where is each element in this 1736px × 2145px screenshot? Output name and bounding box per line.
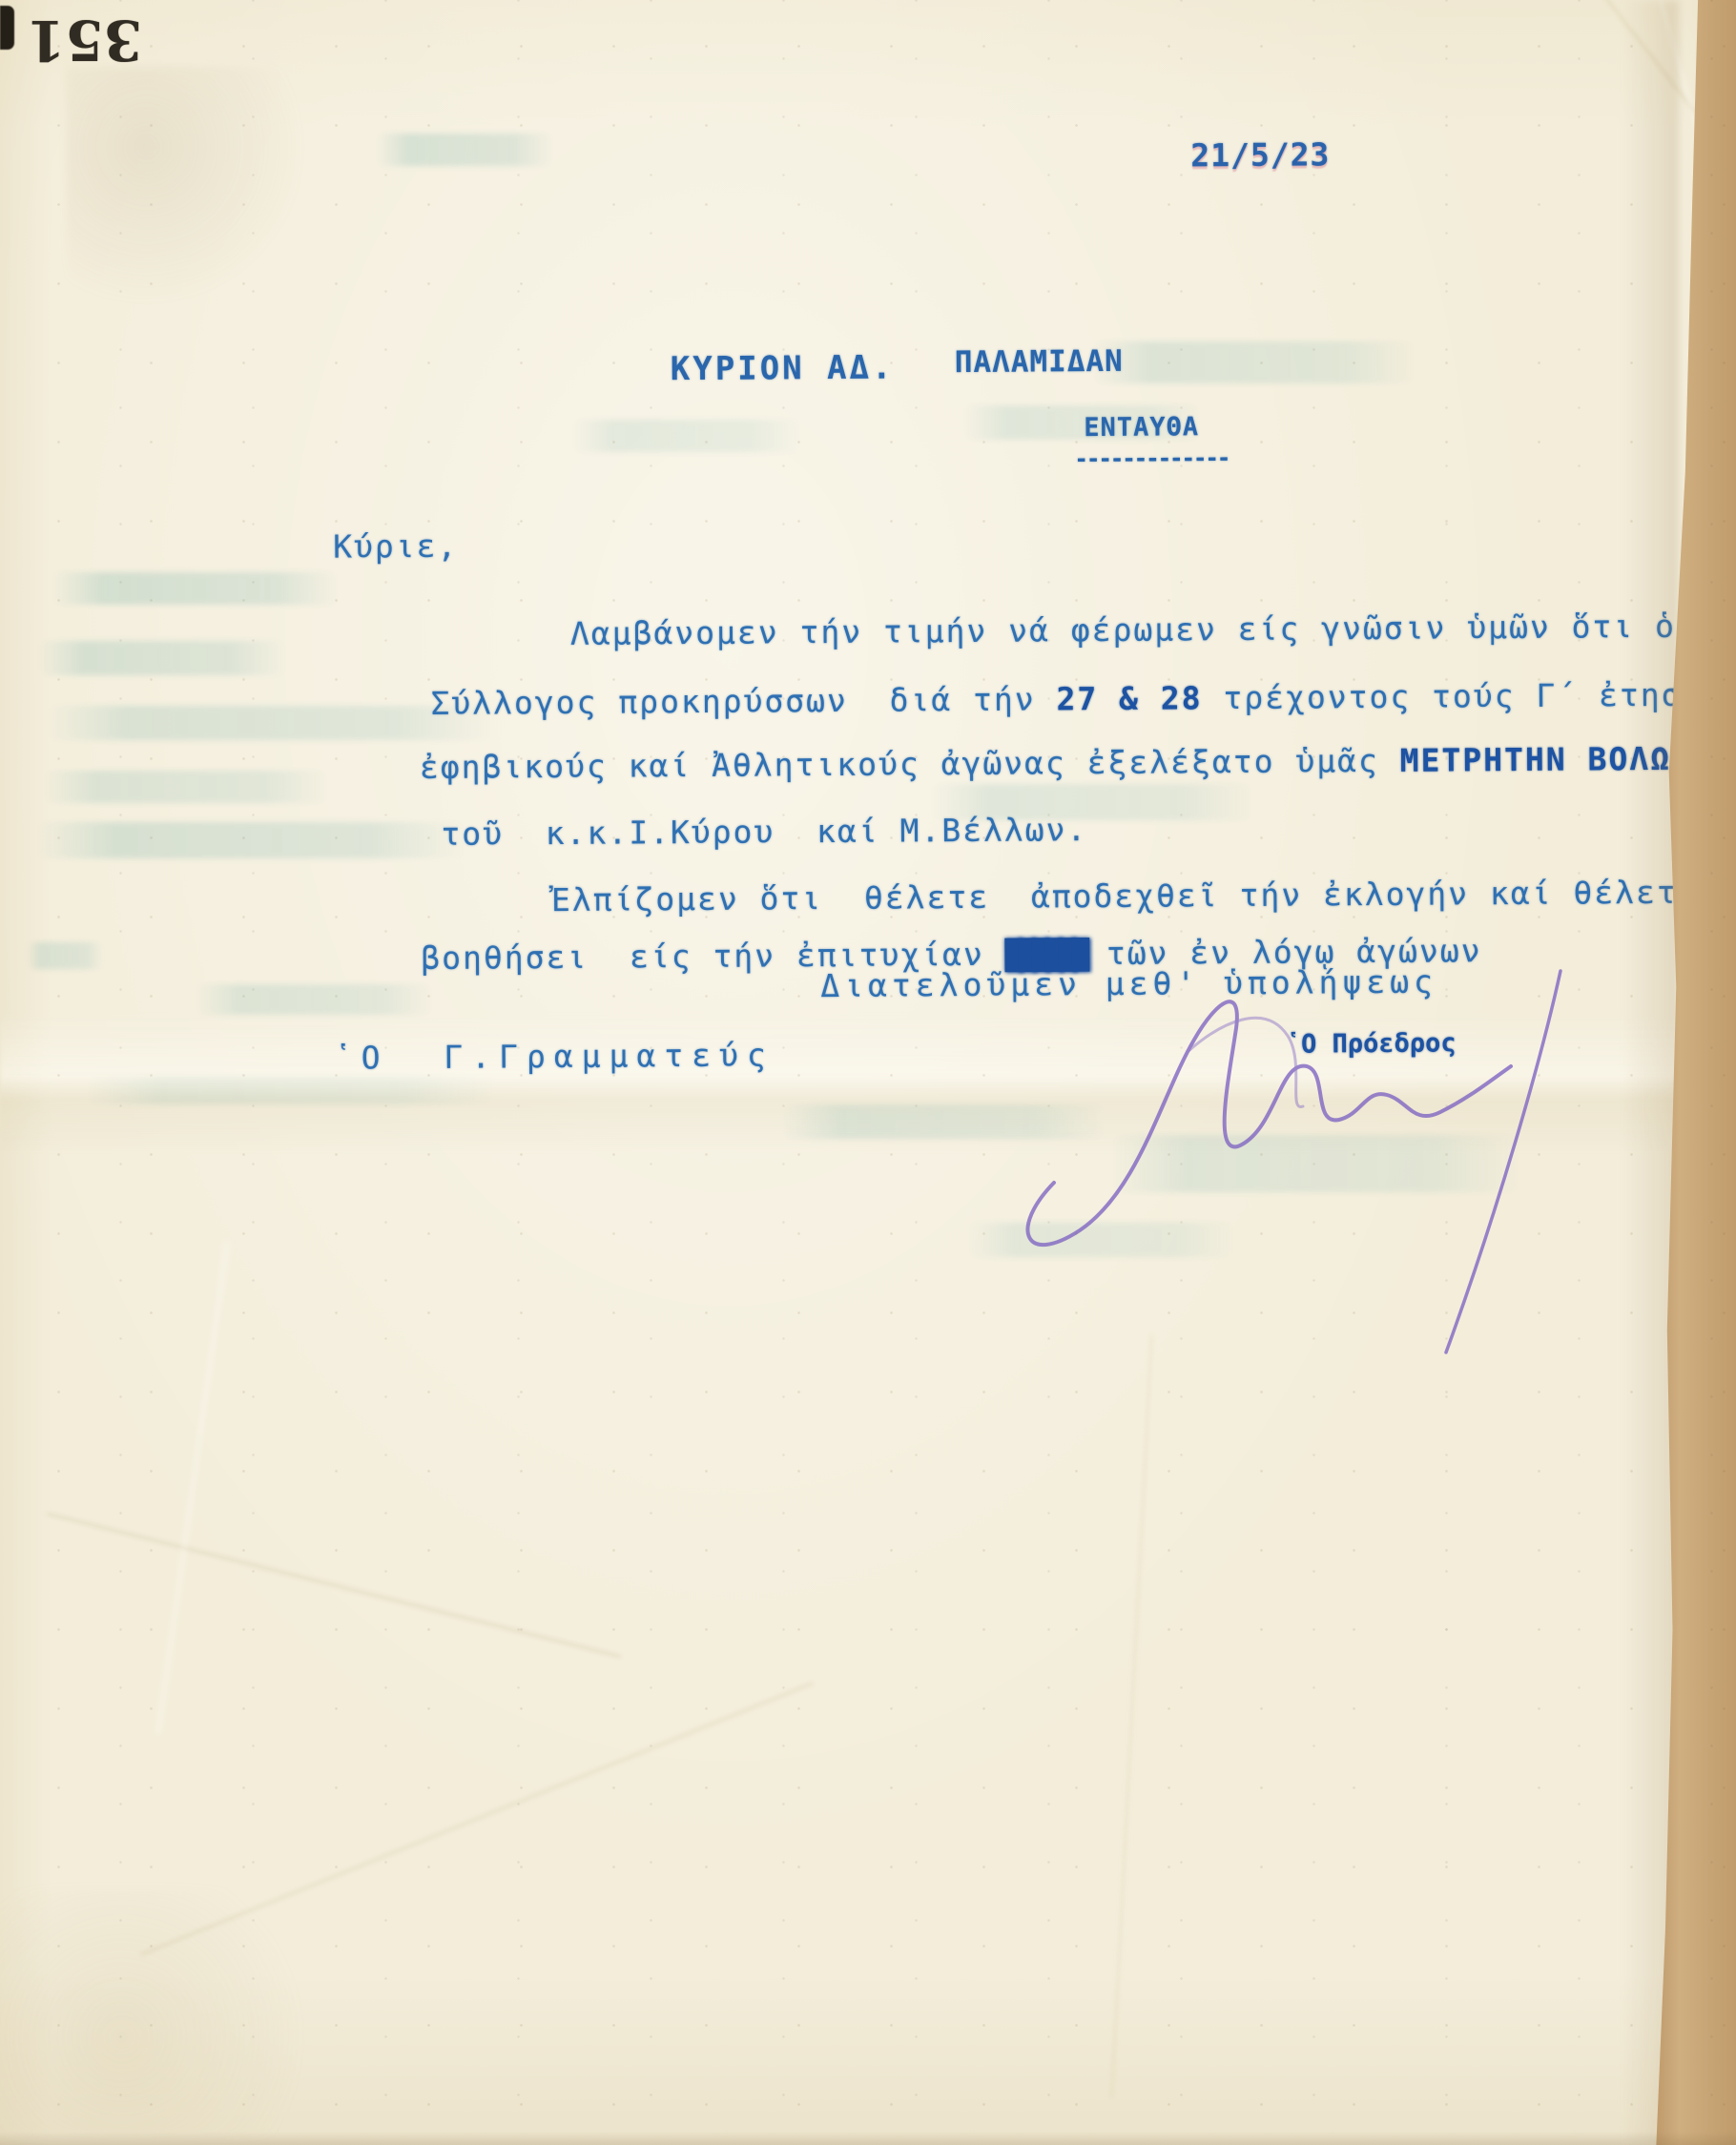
scanned-letter-page: 351 21/5/23 ΚΥΡΙΟΝ ΑΔ. ΠΑΛΑΜΙΔΑΝ ΕΝΤΑΥΘΑ… xyxy=(0,0,1736,2145)
line-text-emphasis: ΜΕΤΡΗΤΗΝ ΒΟΛΩΝ xyxy=(1400,740,1692,779)
salutation: Κύριε, xyxy=(333,529,458,565)
recipient-title: ΚΥΡΙΟΝ ΑΔ. xyxy=(671,351,895,388)
recipient-underline: ------------- xyxy=(1074,445,1229,472)
typewritten-letter: 21/5/23 ΚΥΡΙΟΝ ΑΔ. ΠΑΛΑΜΙΔΑΝ ΕΝΤΑΥΘΑ ---… xyxy=(0,0,1736,2145)
recipient-name: ΠΑΛΑΜΙΔΑΝ xyxy=(955,345,1124,379)
secretary-label: ῾Ο Γ.Γραμματεύς xyxy=(334,1038,775,1076)
letter-date: 21/5/23 xyxy=(1190,137,1330,173)
president-label: ῾Ο Πρόεδρος xyxy=(1286,1029,1457,1059)
recipient-location: ΕΝΤΑΥΘΑ xyxy=(1084,413,1199,443)
closing-phrase: Διατελοῦμεν μεθ' ὑπολήψεως xyxy=(820,965,1437,1004)
